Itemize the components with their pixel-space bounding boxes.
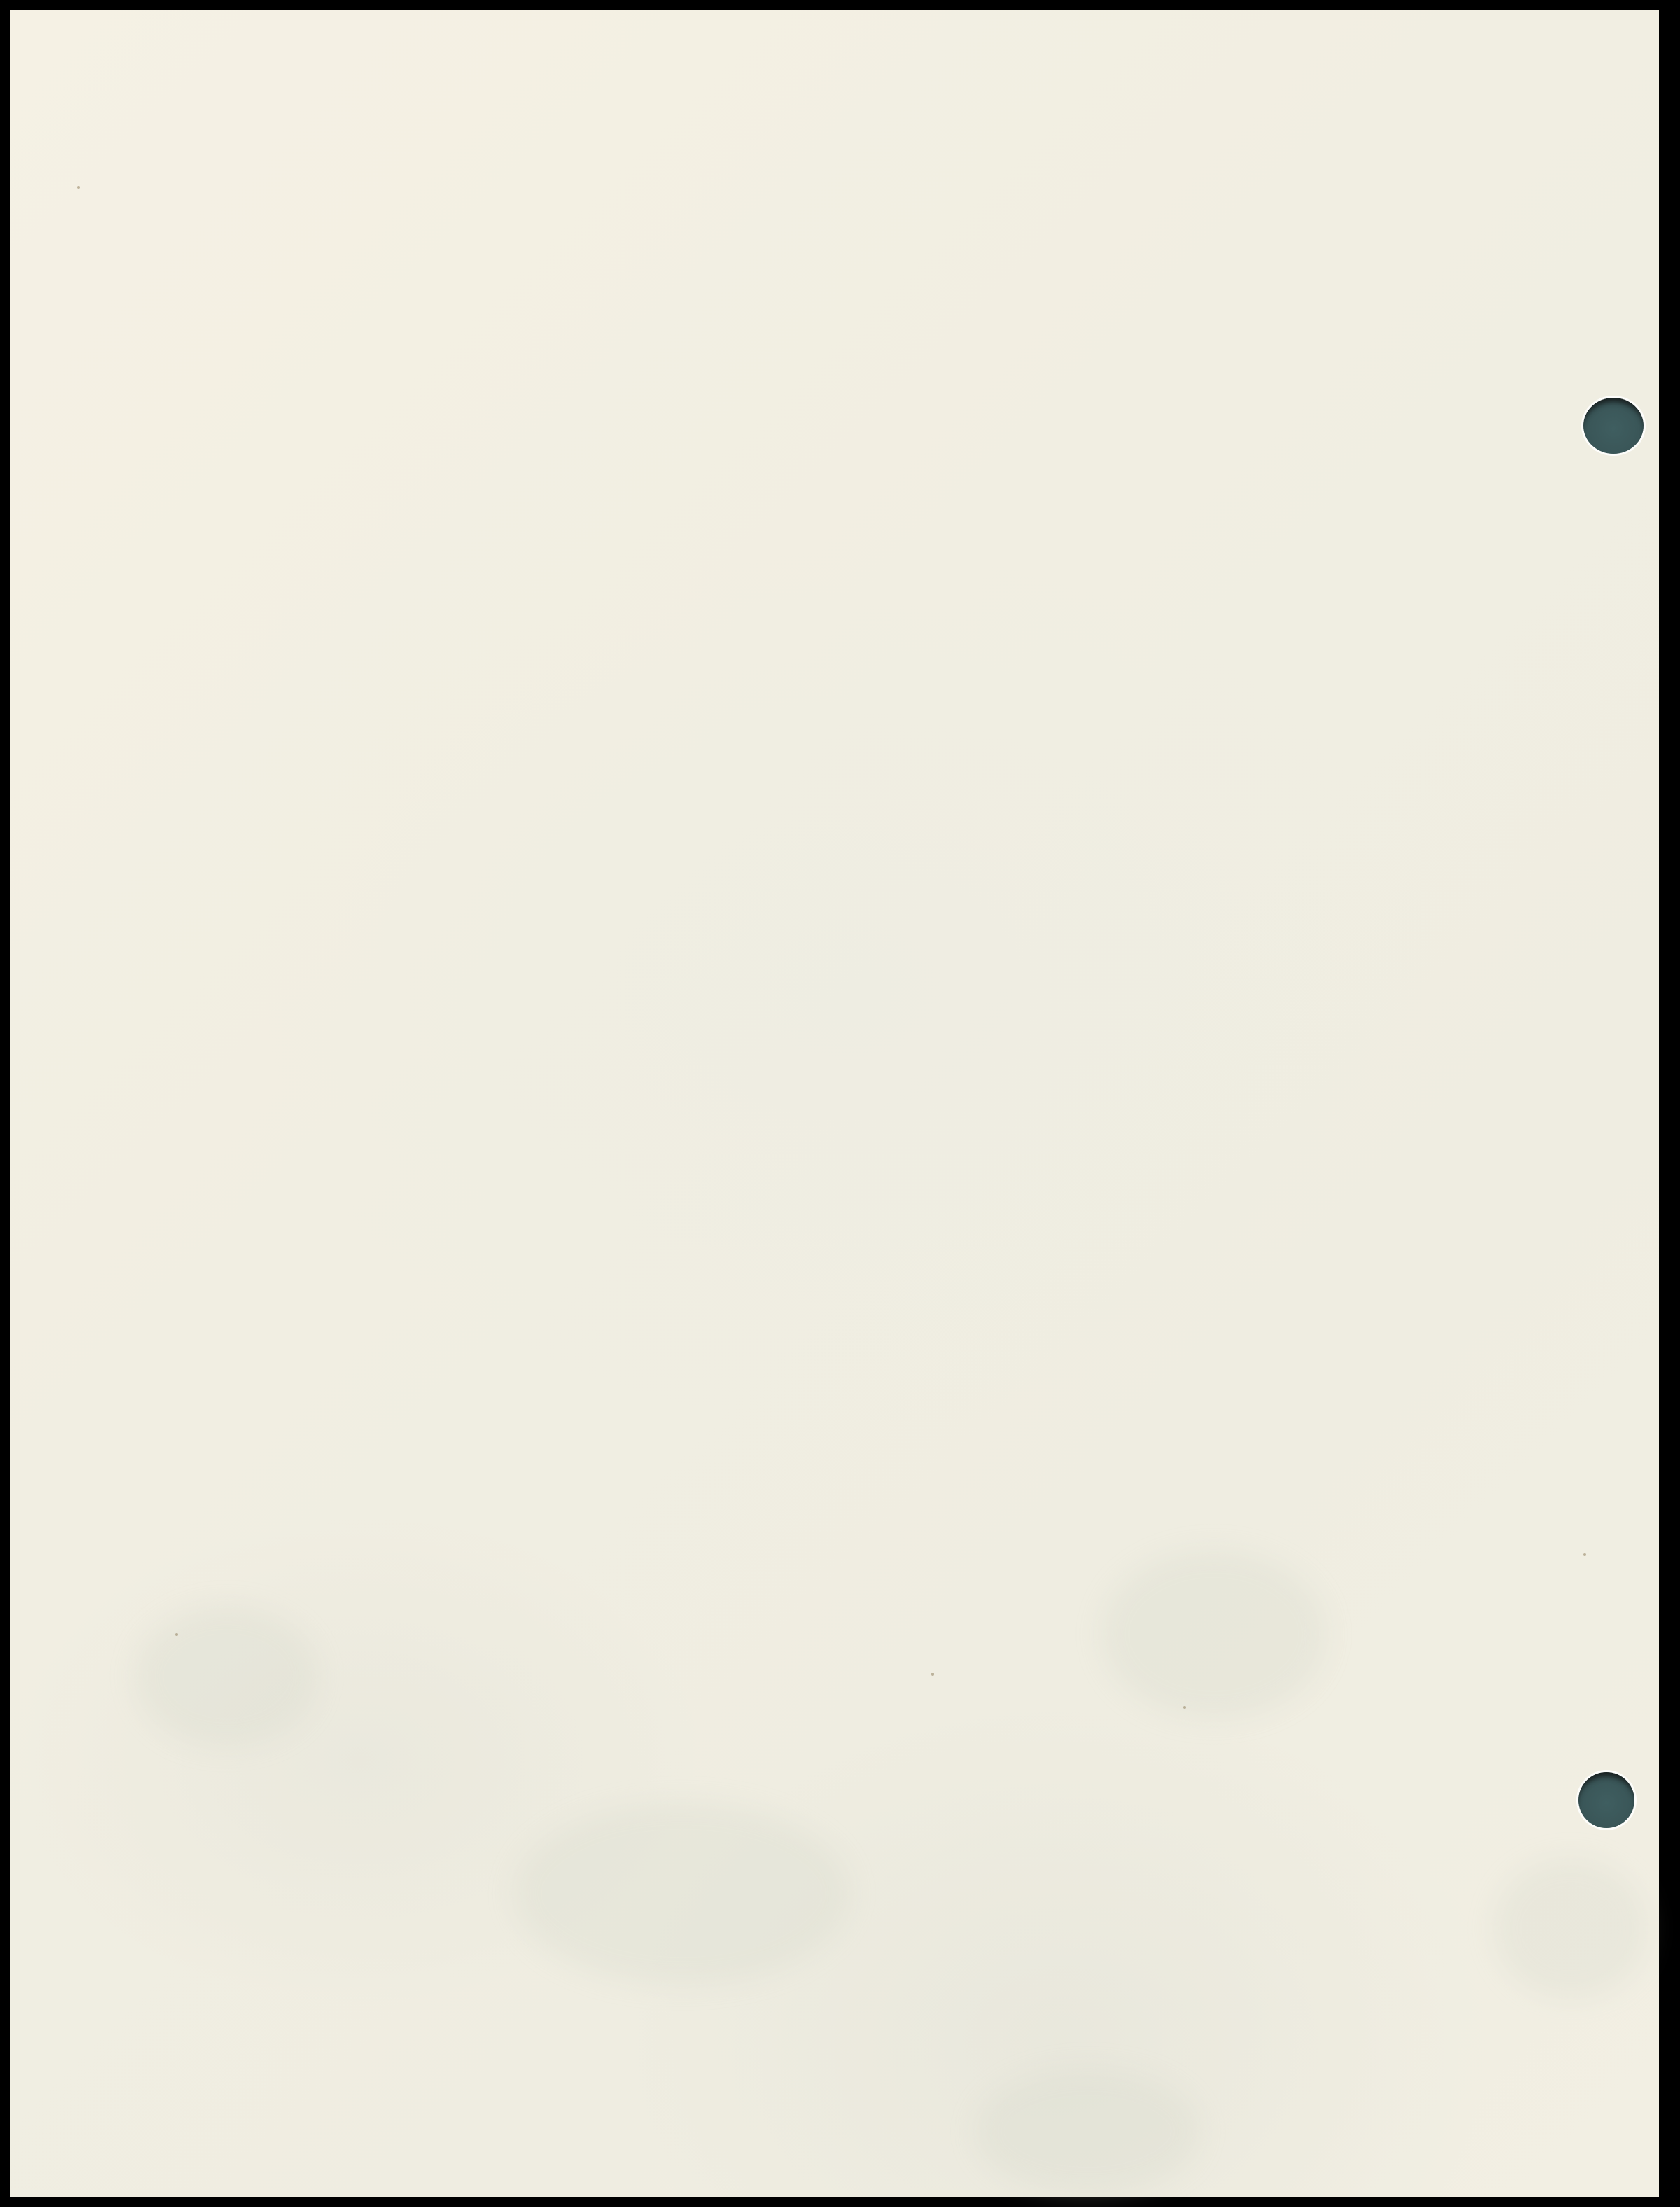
- punch-hole-bottom: [1578, 1772, 1634, 1828]
- paper-speck: [931, 1673, 934, 1676]
- paper-speck: [77, 186, 80, 189]
- paper-speck: [175, 1633, 178, 1636]
- scanner-border: [0, 0, 1680, 2207]
- bleed-through-mark: [1494, 1858, 1648, 1998]
- punch-hole-top: [1583, 398, 1644, 454]
- blank-paper-page: [10, 10, 1659, 2197]
- bleed-through-mark: [1102, 1550, 1326, 1718]
- paper-speck: [1583, 1553, 1586, 1556]
- bleed-through-mark: [136, 1606, 318, 1746]
- bleed-through-mark: [514, 1802, 850, 1984]
- paper-speck: [1183, 1706, 1186, 1709]
- bleed-through-mark: [976, 2068, 1200, 2194]
